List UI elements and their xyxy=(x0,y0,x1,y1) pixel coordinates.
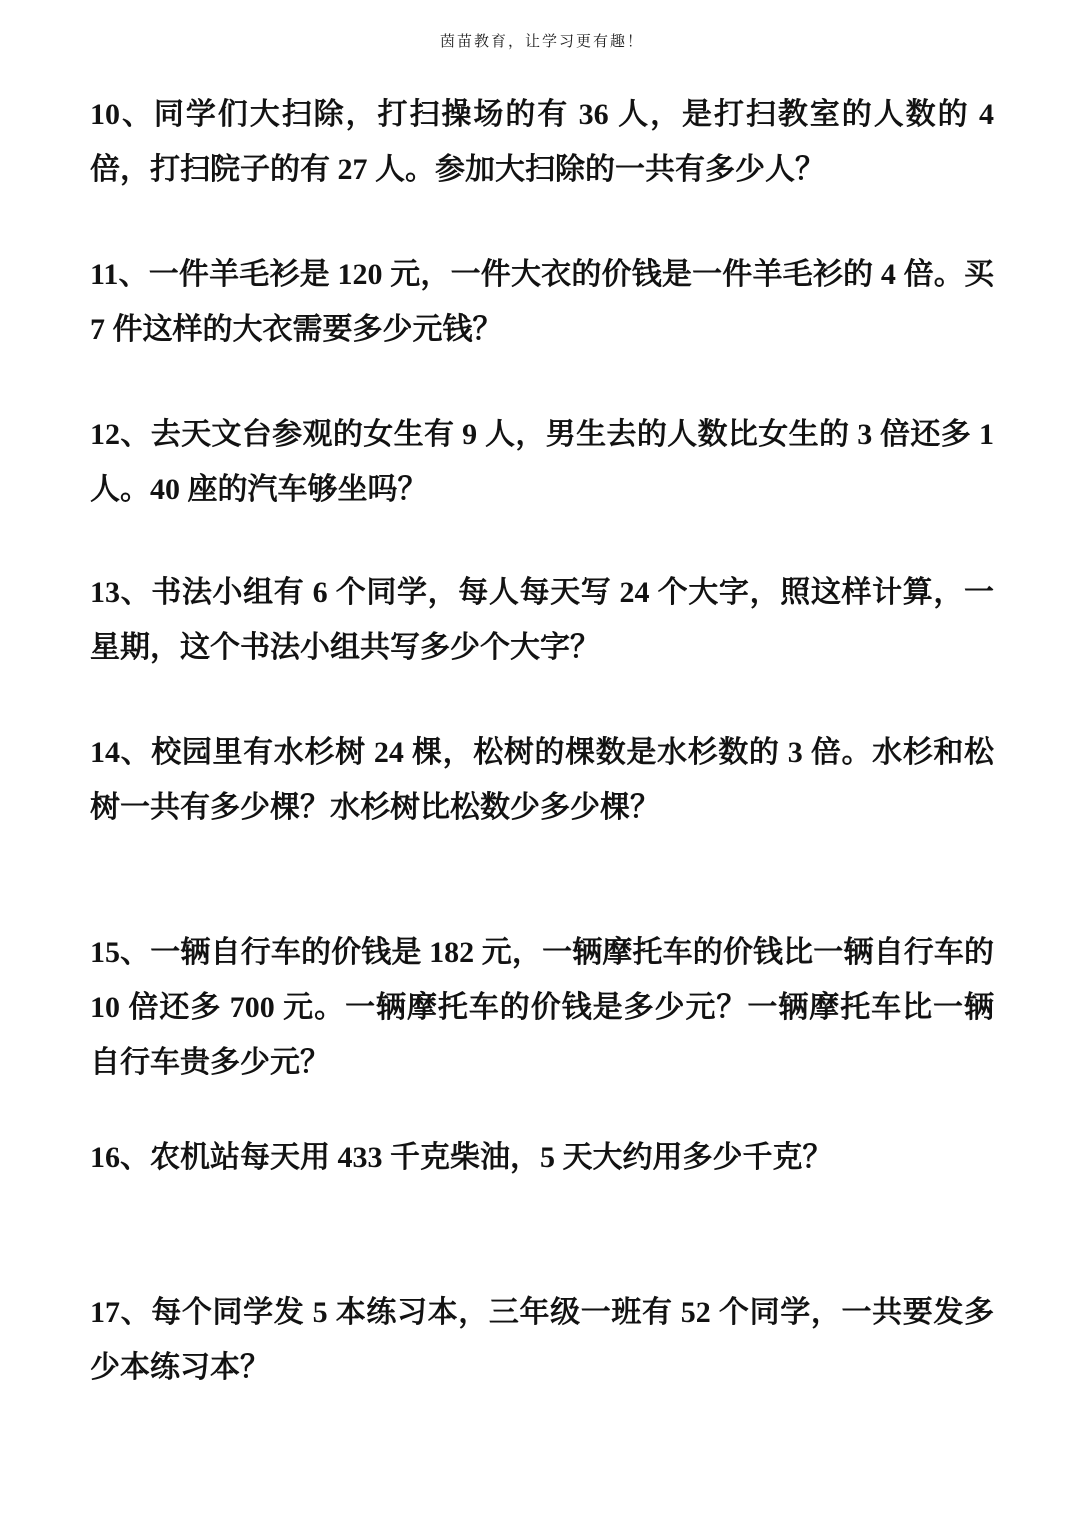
problem-16: 16、农机站每天用 433 千克柴油，5 天大约用多少千克？ xyxy=(90,1130,994,1185)
problem-14: 14、校园里有水杉树 24 棵，松树的棵数是水杉数的 3 倍。水杉和松树一共有多… xyxy=(90,725,994,835)
problem-10: 10、同学们大扫除，打扫操场的有 36 人，是打扫教室的人数的 4 倍，打扫院子… xyxy=(90,87,994,197)
problem-15: 15、一辆自行车的价钱是 182 元，一辆摩托车的价钱比一辆自行车的 10 倍还… xyxy=(90,925,994,1090)
problems-list: 10、同学们大扫除，打扫操场的有 36 人，是打扫教室的人数的 4 倍，打扫院子… xyxy=(90,87,994,1395)
header-title: 茵苗教育，让学习更有趣！ xyxy=(440,34,644,50)
problem-13: 13、书法小组有 6 个同学，每人每天写 24 个大字，照这样计算，一星期，这个… xyxy=(90,565,994,675)
problem-11: 11、一件羊毛衫是 120 元，一件大衣的价钱是一件羊毛衫的 4 倍。买 7 件… xyxy=(90,247,994,357)
problem-12: 12、去天文台参观的女生有 9 人，男生去的人数比女生的 3 倍还多 1 人。4… xyxy=(90,407,994,517)
problem-17: 17、每个同学发 5 本练习本，三年级一班有 52 个同学，一共要发多少本练习本… xyxy=(90,1285,994,1395)
worksheet-page: 茵苗教育，让学习更有趣！ 10、同学们大扫除，打扫操场的有 36 人，是打扫教室… xyxy=(0,0,1080,1527)
page-header: 茵苗教育，让学习更有趣！ xyxy=(90,30,994,51)
